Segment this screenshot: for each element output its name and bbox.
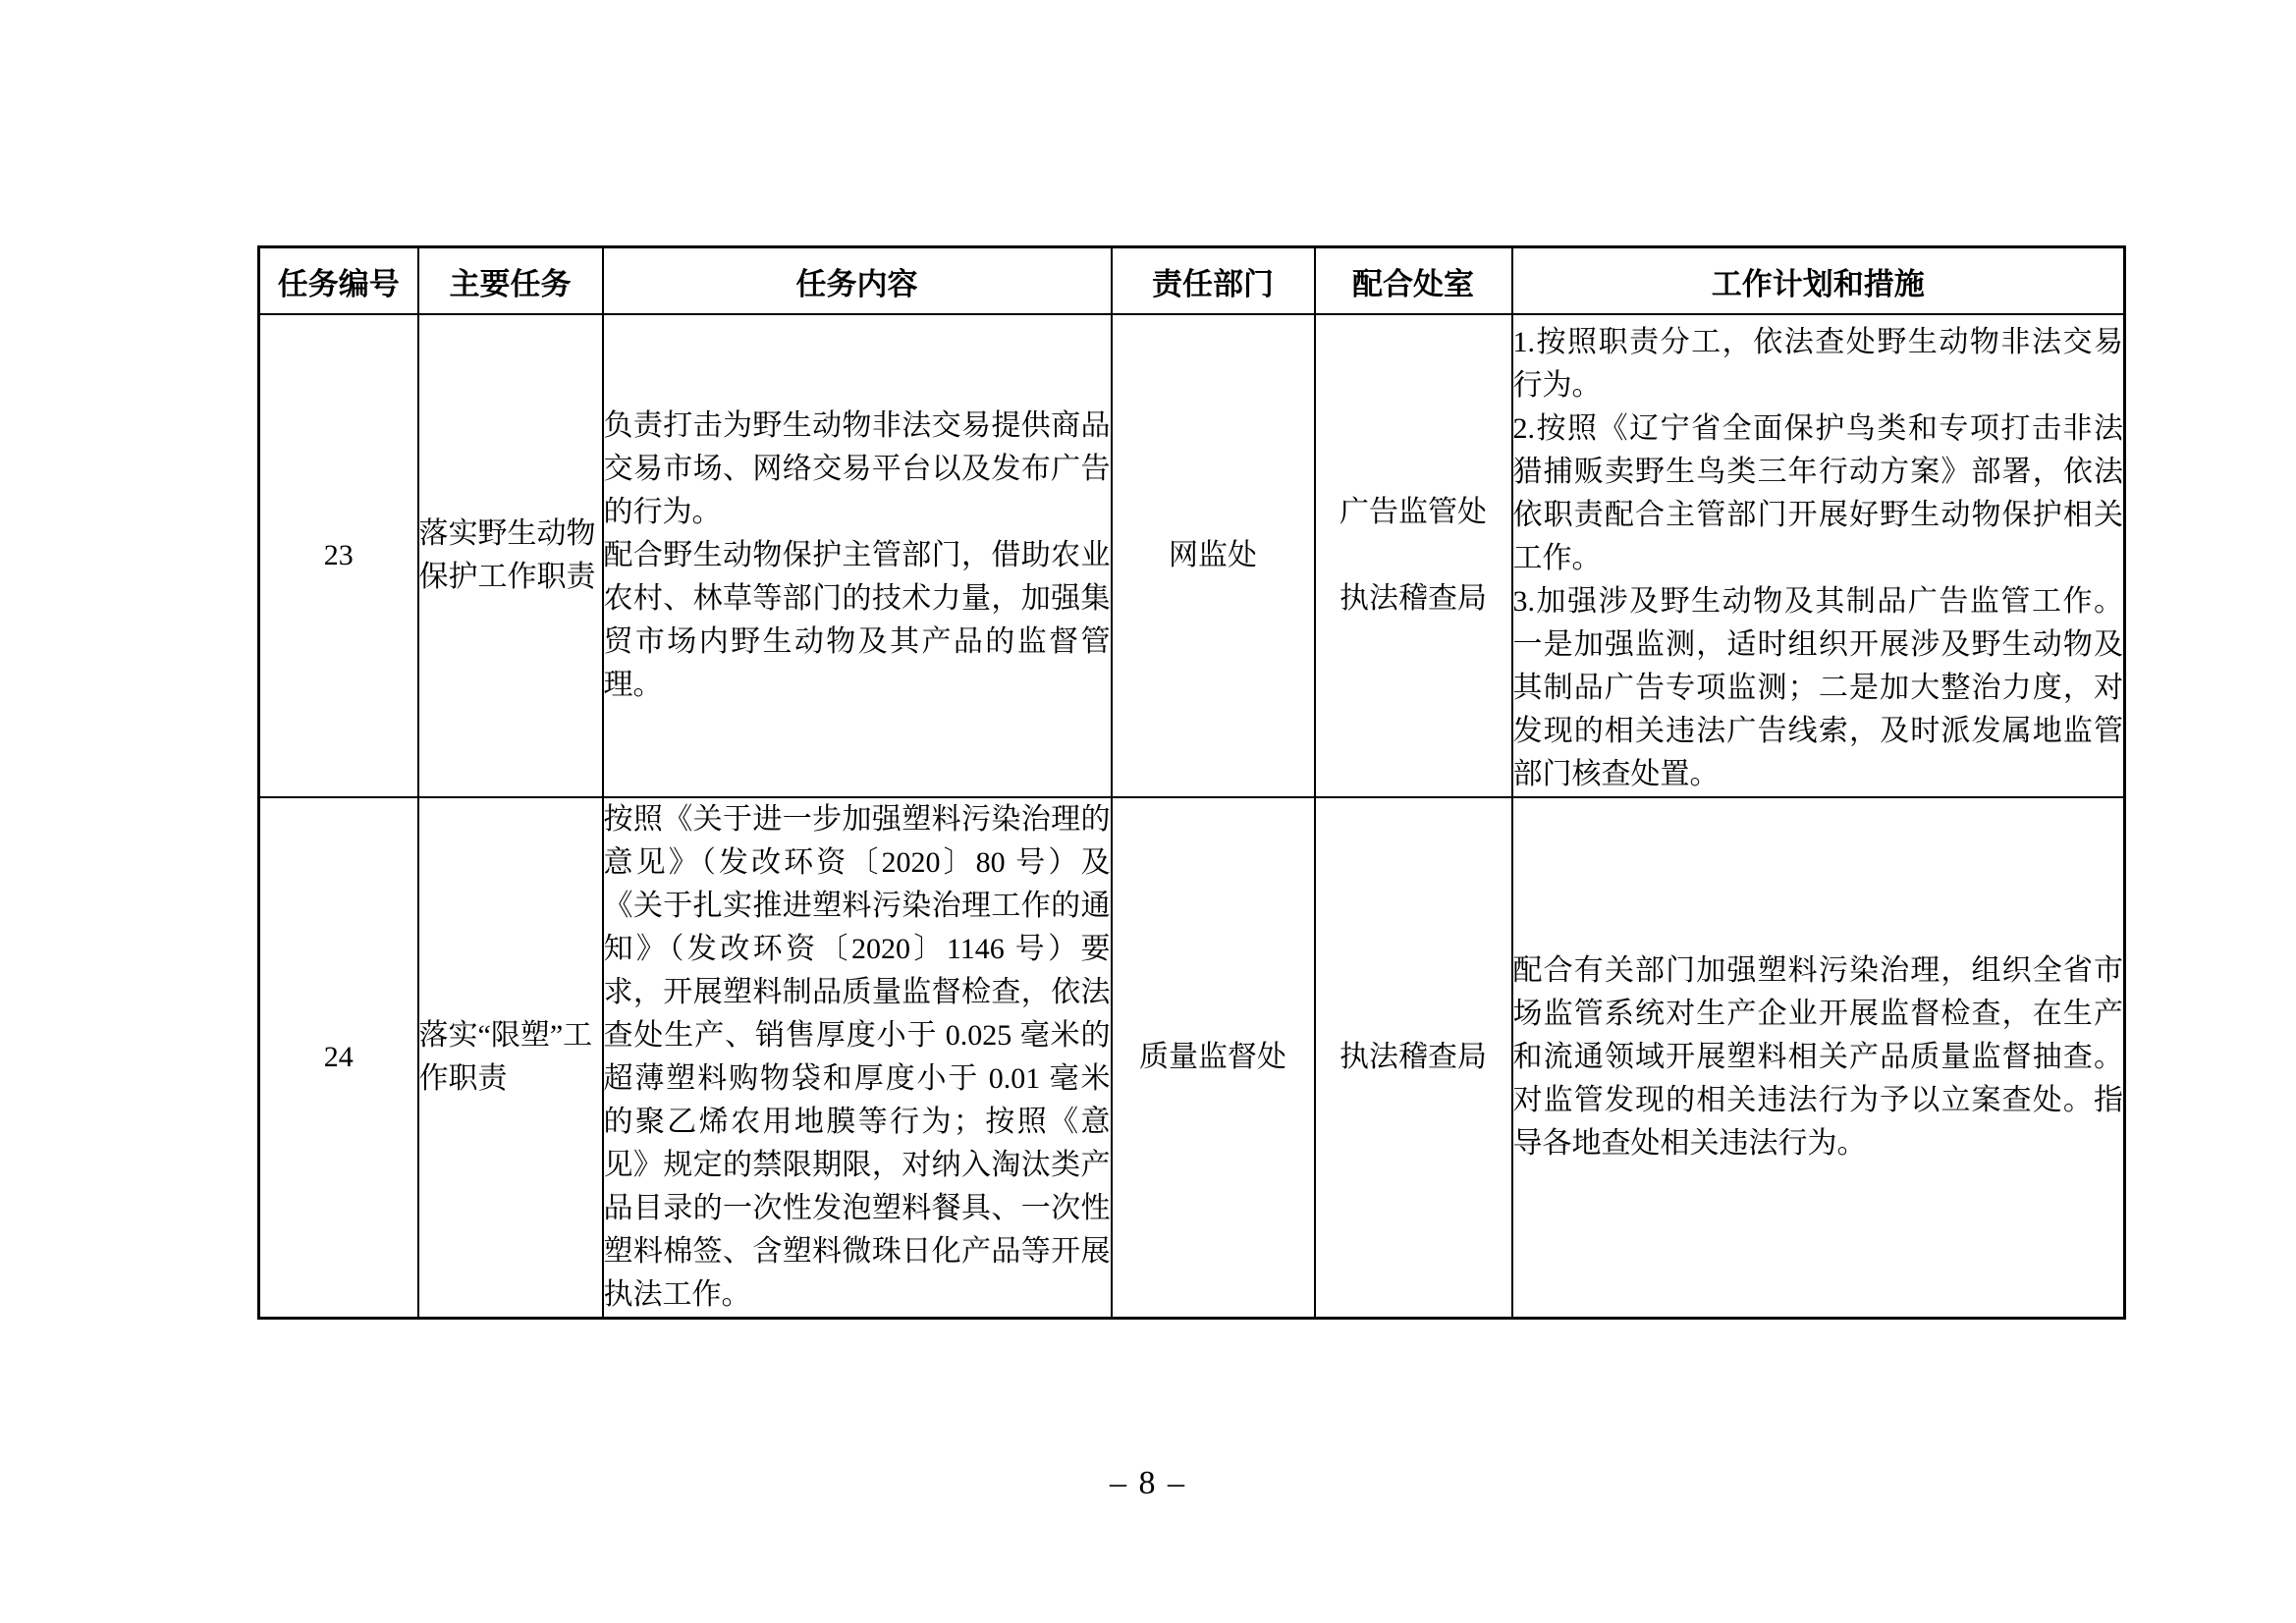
table-row-24: 24 落实“限塑”工作职责 按照《关于进一步加强塑料污染治理的意见》（发改环资〔… <box>259 797 2125 1319</box>
document-page: 任务编号 主要任务 任务内容 责任部门 配合处室 工作计划和措施 23 落实野生… <box>0 0 2296 1623</box>
work-plan-item: 2.按照《辽宁省全面保护鸟类和专项打击非法猎捕贩卖野生鸟类三年行动方案》部署，依… <box>1513 407 2124 580</box>
page-number: – 8 – <box>0 1465 2296 1502</box>
task-content-paragraph: 配合野生动物保护主管部门，借助农业农村、林草等部门的技术力量，加强集贸市场内野生… <box>604 534 1111 707</box>
col-header-responsible-dept: 责任部门 <box>1112 247 1315 315</box>
work-plan-item: 配合有关部门加强塑料污染治理，组织全省市场监管系统对生产企业开展监督检查，在生产… <box>1513 949 2124 1165</box>
table-header-row: 任务编号 主要任务 任务内容 责任部门 配合处室 工作计划和措施 <box>259 247 2125 315</box>
task-id-cell: 24 <box>259 797 418 1319</box>
responsible-dept-cell: 质量监督处 <box>1112 797 1315 1319</box>
task-content-cell: 按照《关于进一步加强塑料污染治理的意见》（发改环资〔2020〕80 号）及《关于… <box>603 797 1112 1319</box>
col-header-work-plan: 工作计划和措施 <box>1512 247 2125 315</box>
task-content-paragraph: 负责打击为野生动物非法交易提供商品交易市场、网络交易平台以及发布广告的行为。 <box>604 405 1111 534</box>
col-header-cooperating-office: 配合处室 <box>1315 247 1512 315</box>
col-header-task-content: 任务内容 <box>603 247 1112 315</box>
work-plan-item: 3.加强涉及野生动物及其制品广告监管工作。一是加强监测，适时组织开展涉及野生动物… <box>1513 580 2124 796</box>
table-row-23: 23 落实野生动物保护工作职责 负责打击为野生动物非法交易提供商品交易市场、网络… <box>259 314 2125 797</box>
main-task-cell: 落实野生动物保护工作职责 <box>418 314 603 797</box>
col-header-main-task: 主要任务 <box>418 247 603 315</box>
cooperating-office: 广告监管处 <box>1316 491 1511 534</box>
task-table: 任务编号 主要任务 任务内容 责任部门 配合处室 工作计划和措施 23 落实野生… <box>257 245 2126 1320</box>
task-id-cell: 23 <box>259 314 418 797</box>
col-header-task-id: 任务编号 <box>259 247 418 315</box>
work-plan-cell: 配合有关部门加强塑料污染治理，组织全省市场监管系统对生产企业开展监督检查，在生产… <box>1512 797 2125 1319</box>
task-content-cell: 负责打击为野生动物非法交易提供商品交易市场、网络交易平台以及发布广告的行为。 配… <box>603 314 1112 797</box>
work-plan-cell: 1.按照职责分工，依法查处野生动物非法交易行为。 2.按照《辽宁省全面保护鸟类和… <box>1512 314 2125 797</box>
main-task-cell: 落实“限塑”工作职责 <box>418 797 603 1319</box>
work-plan-item: 1.按照职责分工，依法查处野生动物非法交易行为。 <box>1513 321 2124 407</box>
cooperating-office-cell: 广告监管处 执法稽查局 <box>1315 314 1512 797</box>
responsible-dept-cell: 网监处 <box>1112 314 1315 797</box>
cooperating-office: 执法稽查局 <box>1316 577 1511 621</box>
cooperating-office: 执法稽查局 <box>1316 1036 1511 1079</box>
task-content-paragraph: 按照《关于进一步加强塑料污染治理的意见》（发改环资〔2020〕80 号）及《关于… <box>604 798 1111 1317</box>
cooperating-office-cell: 执法稽查局 <box>1315 797 1512 1319</box>
